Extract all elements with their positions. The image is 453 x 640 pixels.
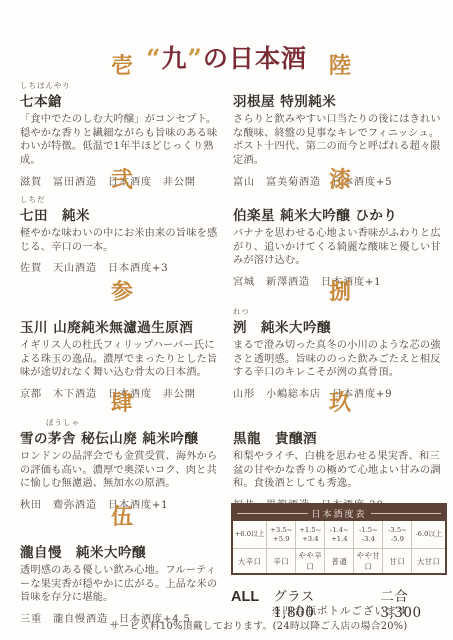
sake-item-9: 玖 黒龍 貴醸酒 和梨やライチ、白桃を思わせる果実香、和三盆の甘やかな香りの極め… — [233, 392, 447, 511]
range-cell: +6.0以上 — [233, 521, 267, 549]
furigana — [20, 307, 224, 316]
sake-name: 伯楽星 純米大吟醸 ひかり — [233, 204, 447, 224]
sake-name: 瀧自慢 純米大吟醸 — [20, 541, 224, 561]
range-cell: -1.4~+1.4 — [325, 521, 354, 549]
furigana — [20, 532, 224, 541]
sake-meter-table: 日本酒度表 +6.0以上 +3.5~+5.9 +1.5~+3.4 -1.4~+1… — [231, 503, 447, 575]
range-cell: +3.5~+5.9 — [267, 521, 296, 549]
furigana: しちほんやり — [20, 81, 224, 90]
item-number-shi: 肆 — [20, 392, 224, 414]
sake-name: 七田 純米 — [20, 204, 224, 224]
header-rule-left — [237, 513, 308, 514]
sake-item-2: 弐 しちだ 七田 純米 軽やかな味わいの中にお米由来の旨味を感じる、辛口の一本。… — [20, 169, 224, 274]
item-number-ni: 弐 — [20, 169, 224, 191]
furigana: ぼうしゃ — [46, 418, 224, 427]
range-top: -6.0以上 — [415, 530, 442, 539]
label-cell: 大辛口 — [233, 549, 267, 573]
range-bottom: +1.4 — [331, 535, 348, 544]
sake-name: 雪の茅舎 秘伝山廃 純米吟醸 — [20, 427, 224, 447]
range-cell: -6.0以上 — [412, 521, 445, 549]
item-number-roku: 陸 — [233, 55, 447, 77]
furigana: しちだ — [20, 195, 224, 204]
furigana — [233, 195, 447, 204]
range-cell: -1.5~-3.4 — [354, 521, 383, 549]
range-top: +3.5~ — [270, 526, 292, 535]
sake-name: 七本鎗 — [20, 90, 224, 110]
item-number-san: 参 — [20, 281, 224, 303]
label-cell: 大甘口 — [412, 549, 445, 573]
sake-description: 和梨やライチ、白桃を思わせる果実香、和三盆の甘やかな香りの極めて心地よい甘みの調… — [233, 450, 447, 491]
sake-item-4: 肆 ぼうしゃ 雪の茅舎 秘伝山廃 純米吟醸 ロンドンの品評会でも金賞受賞、海外か… — [20, 392, 224, 511]
label-cell: 甘口 — [383, 549, 412, 573]
sake-description: 透明感のある優しい飲み心地。フルーティーな果実香が穏やかに広がる。上品な米の旨味… — [20, 564, 224, 605]
sake-name: 黒龍 貴醸酒 — [233, 427, 447, 447]
sake-menu-page: “九”の日本酒 壱 しちほんやり 七本鎗 「食中でたのしむ大吟醸」がコンセプト。… — [0, 0, 453, 640]
sake-description: イギリス人の杜氏フィリップハーパー氏による珠玉の逸品。濃厚でまったりとした旨味が… — [20, 339, 224, 380]
range-top: -1.4~ — [330, 526, 349, 535]
range-bottom: -3.4 — [362, 535, 375, 544]
sake-description: バナナを思わせる心地よい香味がふわりと広がり、追いかけてくる綺麗な酸味と優しい甘… — [233, 227, 447, 268]
sake-description: 「食中でたのしむ大吟醸」がコンセプト。穏やかな香りと繊細ながらも旨味のある味わい… — [20, 113, 224, 168]
sake-description: さらりと飲みやすい口当たりの後にはきれいな酸味、終盤の見事なキレでフィニッシュ。… — [233, 113, 447, 168]
bottle-note: ※四合瓶ボトルございます — [231, 603, 449, 618]
label-cell: やや甘口 — [354, 549, 383, 573]
sake-description: まるで澄み切った真冬の小川のような芯の強さと透明感。旨味ののった飲みごたえと相反… — [233, 339, 447, 380]
sake-name: 玉川 山廃純米無濾過生原酒 — [20, 316, 224, 336]
item-number-shichi: 漆 — [233, 169, 447, 191]
range-bottom: +3.4 — [302, 535, 319, 544]
service-charge-note: サービス料10%頂戴しております。(24時以降ご入店の場合20%) — [64, 618, 453, 632]
sake-item-8: 捌 れつ 洌 純米大吟醸 まるで澄み切った真冬の小川のような芯の強さと透明感。旨… — [233, 281, 447, 400]
label-cell: 普通 — [325, 549, 354, 573]
furigana — [233, 418, 447, 427]
sake-item-7: 漆 伯楽星 純米大吟醸 ひかり バナナを思わせる心地よい香味がふわりと広がり、追… — [233, 169, 447, 288]
range-bottom: +5.9 — [273, 535, 290, 544]
range-bottom: -5.9 — [391, 535, 404, 544]
sake-name: 羽根屋 特別純米 — [233, 90, 447, 110]
range-top: +6.0以上 — [235, 530, 265, 539]
furigana: れつ — [233, 307, 447, 316]
furigana — [233, 81, 447, 90]
sake-description: 軽やかな味わいの中にお米由来の旨味を感じる、辛口の一本。 — [20, 227, 224, 254]
sake-description: ロンドンの品評会でも金賞受賞、海外からの評価も高い。濃厚で奥深いコク、肉と共に愉… — [20, 450, 224, 491]
range-top: +1.5~ — [299, 526, 321, 535]
item-number-kyu: 玖 — [233, 392, 447, 414]
sake-meter-table-title: 日本酒度表 — [312, 507, 367, 520]
sake-item-3: 参 玉川 山廃純米無濾過生原酒 イギリス人の杜氏フィリップハーパー氏による珠玉の… — [20, 281, 224, 400]
sake-meter-grid: +6.0以上 +3.5~+5.9 +1.5~+3.4 -1.4~+1.4 -1.… — [233, 521, 445, 573]
label-cell: 辛口 — [267, 549, 296, 573]
sake-detail: 佐賀 天山酒造 日本酒度+3 — [20, 259, 224, 274]
range-cell: +1.5~+3.4 — [296, 521, 325, 549]
header-rule-right — [371, 513, 442, 514]
item-number-ichi: 壱 — [20, 55, 224, 77]
range-top: -1.5~ — [359, 526, 378, 535]
sake-item-5: 伍 瀧自慢 純米大吟醸 透明感のある優しい飲み心地。フルーティーな果実香が穏やか… — [20, 506, 224, 625]
sake-meter-table-header: 日本酒度表 — [233, 505, 445, 521]
sake-name: 洌 純米大吟醸 — [233, 316, 447, 336]
item-number-go: 伍 — [20, 506, 224, 528]
item-number-hachi: 捌 — [233, 281, 447, 303]
label-cell: やや辛口 — [296, 549, 325, 573]
range-top: -3.5~ — [388, 526, 407, 535]
range-cell: -3.5~-5.9 — [383, 521, 412, 549]
